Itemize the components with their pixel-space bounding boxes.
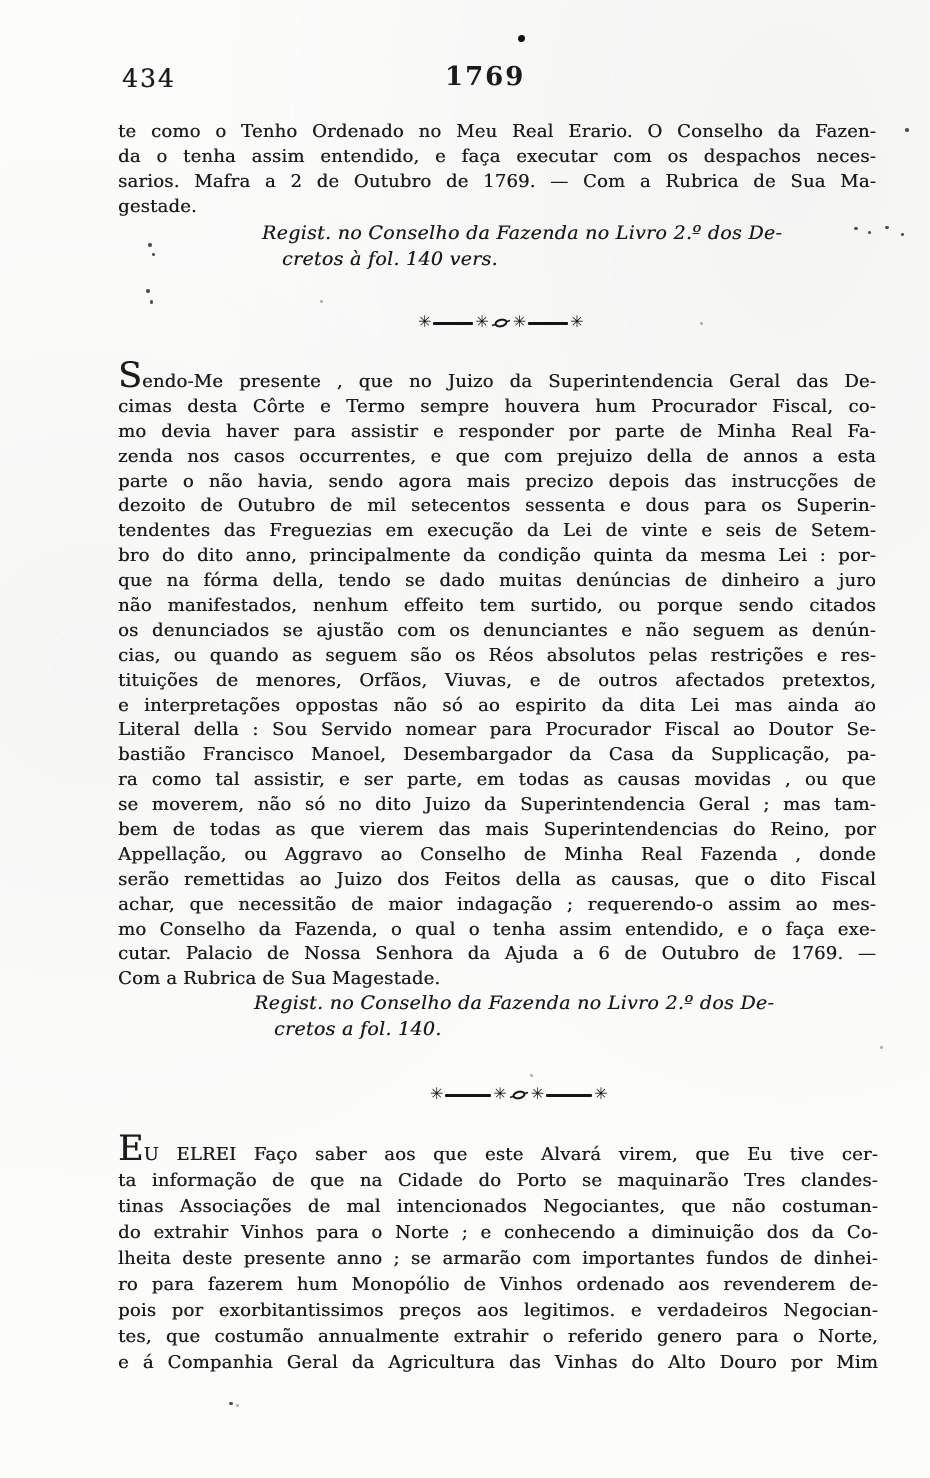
text-line: tes, que costumão annualmente extrahir o… xyxy=(118,1324,878,1350)
text-line: não manifestados, nenhum effeito tem sur… xyxy=(118,594,876,619)
divider-star-icon: ✳ xyxy=(430,1086,443,1102)
scan-speckle xyxy=(236,1404,239,1407)
scan-speckle xyxy=(150,300,153,304)
decree-paragraph: Sendo-Me presente , que no Juizo da Supe… xyxy=(118,370,876,992)
text-line: zenda nos casos occurrentes, e que com p… xyxy=(118,445,876,470)
ink-dot-speckle xyxy=(518,35,525,42)
divider-rule xyxy=(433,322,473,325)
divider-star-icon: ✳ xyxy=(493,1086,506,1102)
divider-loop-ornament-icon xyxy=(509,1089,529,1101)
text-line: cretos a fol. 140. xyxy=(274,1017,864,1043)
text-line: Literal della : Sou Servido nomear para … xyxy=(118,718,876,743)
scan-speckle xyxy=(146,289,150,293)
text-line: Appellação, ou Aggravo ao Conselho de Mi… xyxy=(118,843,876,868)
text-line: bem de todas as que vierem das mais Supe… xyxy=(118,818,876,843)
text-line: e á Companhia Geral da Agricultura das V… xyxy=(118,1350,878,1376)
section-divider-1: ✳ ✳ ✳ ✳ xyxy=(418,315,584,331)
divider-rule xyxy=(546,1094,592,1097)
text-line: parte o não havia, sendo agora mais prec… xyxy=(118,470,876,495)
text-line: Regist. no Conselho da Fazenda no Livro … xyxy=(254,991,864,1017)
divider-star-icon: ✳ xyxy=(570,314,583,330)
text-line: cretos à fol. 140 vers. xyxy=(282,247,862,273)
scan-speckle xyxy=(905,128,909,132)
section-divider-2: ✳ ✳ ✳ ✳ xyxy=(430,1087,608,1103)
text-line: se moverem, não só no dito Juizo da Supe… xyxy=(118,793,876,818)
text-line: ta informação de que na Cidade do Porto … xyxy=(118,1168,878,1194)
scan-speckle xyxy=(148,243,152,247)
registration-note-2: Regist. no Conselho da Fazenda no Livro … xyxy=(254,991,864,1042)
registration-note-1: Regist. no Conselho da Fazenda no Livro … xyxy=(262,221,862,272)
divider-rule xyxy=(445,1094,491,1097)
text-line: Regist. no Conselho da Fazenda no Livro … xyxy=(262,221,862,247)
text-line: os denunciados se ajustão com os denunci… xyxy=(118,619,876,644)
text-line: pois por exorbitantissimos preços aos le… xyxy=(118,1298,878,1324)
text-line: cutar. Palacio de Nossa Senhora da Ajuda… xyxy=(118,942,876,967)
text-line: Com a Rubrica de Sua Magestade. xyxy=(118,967,876,992)
scan-speckle xyxy=(885,226,889,229)
text-line: tinas Associações de mal intencionados N… xyxy=(118,1194,878,1220)
scan-speckle xyxy=(901,233,904,236)
text-line: ro para fazerem hum Monopólio de Vinhos … xyxy=(118,1272,878,1298)
text-line: mo Conselho da Fazenda, o qual o tenha a… xyxy=(118,918,876,943)
divider-star-icon: ✳ xyxy=(594,1086,607,1102)
text-line: cimas desta Côrte e Termo sempre houvera… xyxy=(118,395,876,420)
scan-speckle xyxy=(229,1402,233,1405)
scan-speckle xyxy=(530,1074,533,1077)
scan-speckle xyxy=(152,253,155,256)
scan-speckle xyxy=(868,231,871,234)
divider-star-icon: ✳ xyxy=(475,314,488,330)
year-header: 1769 xyxy=(445,62,525,92)
text-line: que na fórma della, tendo se dado muitas… xyxy=(118,569,876,594)
text-line: lheita deste presente anno ; se armarão … xyxy=(118,1246,878,1272)
text-line: tituições de menores, Orfãos, Viuvas, e … xyxy=(118,669,876,694)
text-line: sarios. Mafra a 2 de Outubro de 1769. — … xyxy=(118,170,876,195)
text-line: Sendo-Me presente , que no Juizo da Supe… xyxy=(118,370,876,395)
text-line: gestade. xyxy=(118,195,876,220)
text-line: do extrahir Vinhos para o Norte ; e conh… xyxy=(118,1220,878,1246)
alvara-paragraph: EU ELREI Faço saber aos que este Alvará … xyxy=(118,1142,878,1376)
text-line: ra como tal assistir, e ser parte, em to… xyxy=(118,768,876,793)
divider-star-icon: ✳ xyxy=(513,314,526,330)
page-number: 434 xyxy=(122,64,176,93)
text-line: tendentes das Freguezias em execução da … xyxy=(118,519,876,544)
divider-star-icon: ✳ xyxy=(531,1086,544,1102)
scan-speckle xyxy=(854,227,858,230)
text-line: EU ELREI Faço saber aos que este Alvará … xyxy=(118,1142,878,1168)
opening-paragraph: te como o Tenho Ordenado no Meu Real Era… xyxy=(118,120,876,220)
text-line: mo devia haver para assistir e responder… xyxy=(118,420,876,445)
text-line: e interpretações oppostas não só ao espi… xyxy=(118,694,876,719)
divider-loop-ornament-icon xyxy=(491,317,511,329)
divider-rule xyxy=(528,322,568,325)
text-line: dezoito de Outubro de mil setecentos ses… xyxy=(118,494,876,519)
text-line: achar, que necessitão de maior indagação… xyxy=(118,893,876,918)
scan-speckle xyxy=(320,300,323,303)
divider-star-icon: ✳ xyxy=(418,314,431,330)
scan-speckle xyxy=(862,700,865,703)
scan-speckle xyxy=(700,322,703,325)
text-line: cias, ou quando as seguem são os Réos ab… xyxy=(118,644,876,669)
text-line: te como o Tenho Ordenado no Meu Real Era… xyxy=(118,120,876,145)
scanned-book-page: 434 1769 te como o Tenho Ordenado no Meu… xyxy=(0,0,930,1478)
text-line: da o tenha assim entendido, e faça execu… xyxy=(118,145,876,170)
text-line: serão remettidas ao Juizo dos Feitos del… xyxy=(118,868,876,893)
text-line: bro do dito anno, principalmente da cond… xyxy=(118,544,876,569)
text-line: bastião Francisco Manoel, Desembargador … xyxy=(118,743,876,768)
scan-speckle xyxy=(880,1046,883,1049)
